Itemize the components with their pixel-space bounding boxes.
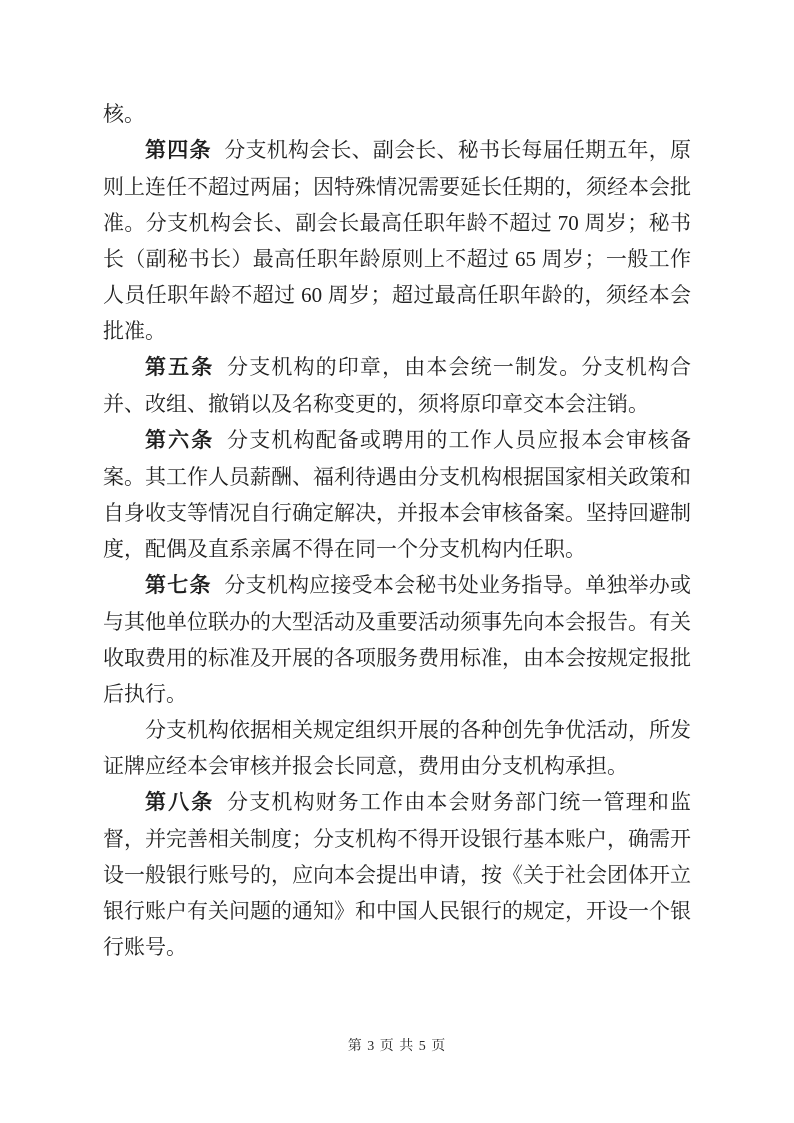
paragraph-text: 分支机构依据相关规定组织开展的各种创先争优活动，所发证牌应经本会审核并报会长同意…	[103, 718, 691, 778]
article-6-heading: 第六条	[145, 429, 214, 452]
paragraph-text: 分支机构财务工作由本会财务部门统一管理和监督，并完善相关制度；分支机构不得开设银…	[103, 790, 691, 959]
paragraph-text: 分支机构会长、副会长、秘书长每届任期五年，原则上连任不超过两届；因特殊情况需要延…	[103, 138, 691, 343]
article-4-paragraph: 第四条分支机构会长、副会长、秘书长每届任期五年，原则上连任不超过两届；因特殊情况…	[103, 132, 691, 349]
article-8-paragraph: 第八条分支机构财务工作由本会财务部门统一管理和监督，并完善相关制度；分支机构不得…	[103, 784, 691, 965]
page-number-footer: 第 3 页 共 5 页	[0, 1036, 794, 1058]
document-page: 核。 第四条分支机构会长、副会长、秘书长每届任期五年，原则上连任不超过两届；因特…	[0, 0, 794, 1123]
article-5-paragraph: 第五条分支机构的印章，由本会统一制发。分支机构合并、改组、撤销以及名称变更的，须…	[103, 349, 691, 422]
article-8-heading: 第八条	[145, 791, 214, 814]
paragraph-text: 核。	[103, 102, 145, 126]
article-7-heading: 第七条	[145, 574, 212, 597]
article-6-paragraph: 第六条分支机构配备或聘用的工作人员应报本会审核备案。其工作人员薪酬、福利待遇由分…	[103, 422, 691, 567]
article-4-heading: 第四条	[145, 139, 212, 162]
document-body: 核。 第四条分支机构会长、副会长、秘书长每届任期五年，原则上连任不超过两届；因特…	[103, 96, 691, 965]
article-5-heading: 第五条	[145, 356, 214, 379]
article-7-paragraph: 第七条分支机构应接受本会秘书处业务指导。单独举办或与其他单位联办的大型活动及重要…	[103, 567, 691, 712]
article-7-subparagraph: 分支机构依据相关规定组织开展的各种创先争优活动，所发证牌应经本会审核并报会长同意…	[103, 712, 691, 784]
paragraph-continuation: 核。	[103, 96, 691, 132]
